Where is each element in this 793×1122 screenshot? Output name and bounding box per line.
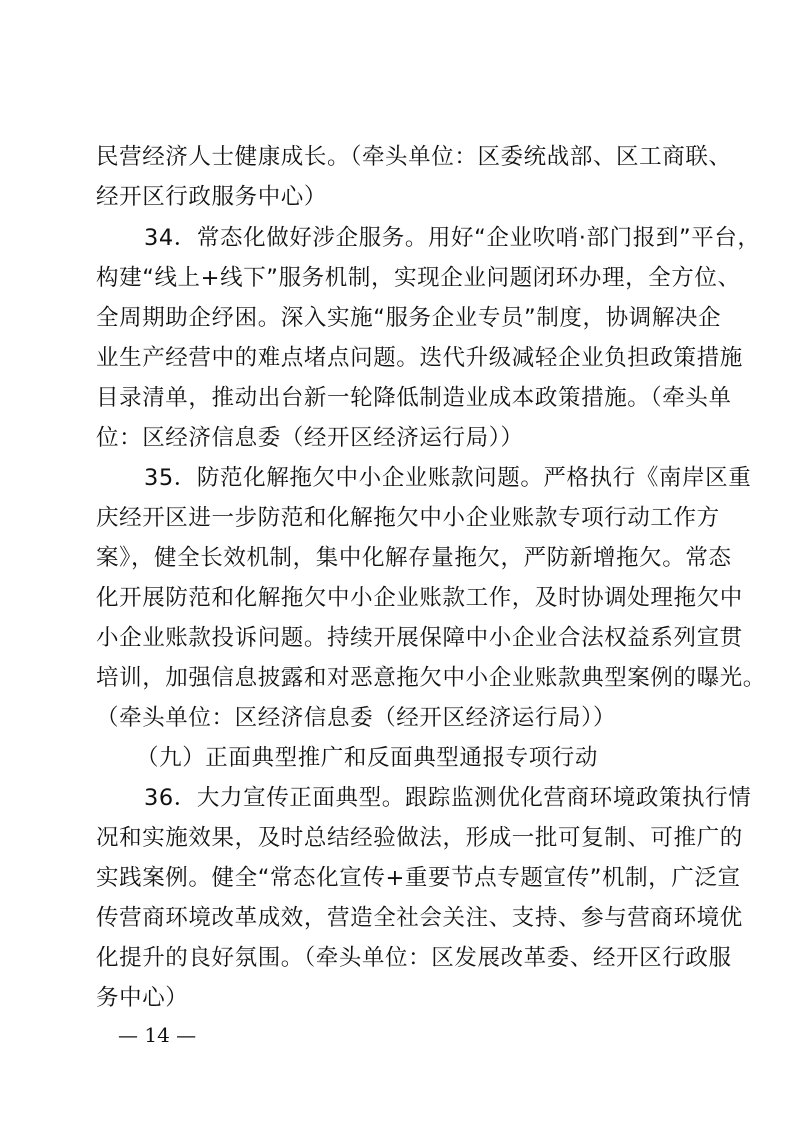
item-34-heading-line: 34．常态化做好涉企服务。用好“企业吹哨·部门报到”平台，: [144, 218, 754, 258]
text-line: 目录清单，推动出台新一轮降低制造业成本政策措施。（牵头单: [96, 378, 706, 418]
text-line: 况和实施效果，及时总结经验做法，形成一批可复制、可推广的: [96, 818, 706, 858]
text-line: 化提升的良好氛围。（牵头单位：区发展改革委、经开区行政服: [96, 938, 706, 978]
text-line: 务中心）: [96, 978, 706, 1018]
text-line: 培训，加强信息披露和对恶意拖欠中小企业账款典型案例的曝光。: [96, 658, 706, 698]
text-line: 传营商环境改革成效，营造全社会关注、支持、参与营商环境优: [96, 898, 706, 938]
text-line: 构建“线上+线下”服务机制，实现企业问题闭环办理，全方位、: [96, 258, 706, 298]
document-page: 民营经济人士健康成长。（牵头单位：区委统战部、区工商联、 经开区行政服务中心） …: [0, 0, 793, 1122]
text-line: 小企业账款投诉问题。持续开展保障中小企业合法权益系列宣贯: [96, 618, 706, 658]
page-number: — 14 —: [118, 1018, 196, 1052]
text-line: 全周期助企纾困。深入实施“服务企业专员”制度，协调解决企: [96, 298, 706, 338]
text-line: 案》，健全长效机制，集中化解存量拖欠，严防新增拖欠。常态: [96, 538, 706, 578]
text-line: 民营经济人士健康成长。（牵头单位：区委统战部、区工商联、: [96, 137, 706, 177]
text-line: 实践案例。健全“常态化宣传+重要节点专题宣传”机制，广泛宣: [96, 858, 706, 898]
text-line: （牵头单位：区经济信息委（经开区经济运行局））: [96, 698, 706, 738]
item-36-heading-line: 36．大力宣传正面典型。跟踪监测优化营商环境政策执行情: [144, 778, 754, 818]
section-heading: （九）正面典型推广和反面典型通报专项行动: [136, 738, 746, 778]
text-line: 业生产经营中的难点堵点问题。迭代升级减轻企业负担政策措施: [96, 338, 706, 378]
item-35-heading-line: 35．防范化解拖欠中小企业账款问题。严格执行《南岸区重: [144, 458, 754, 498]
text-line: 化开展防范和化解拖欠中小企业账款工作，及时协调处理拖欠中: [96, 578, 706, 618]
text-line: 庆经开区进一步防范和化解拖欠中小企业账款专项行动工作方: [96, 498, 706, 538]
text-line: 经开区行政服务中心）: [96, 177, 706, 217]
text-line: 位：区经济信息委（经开区经济运行局））: [96, 418, 706, 458]
